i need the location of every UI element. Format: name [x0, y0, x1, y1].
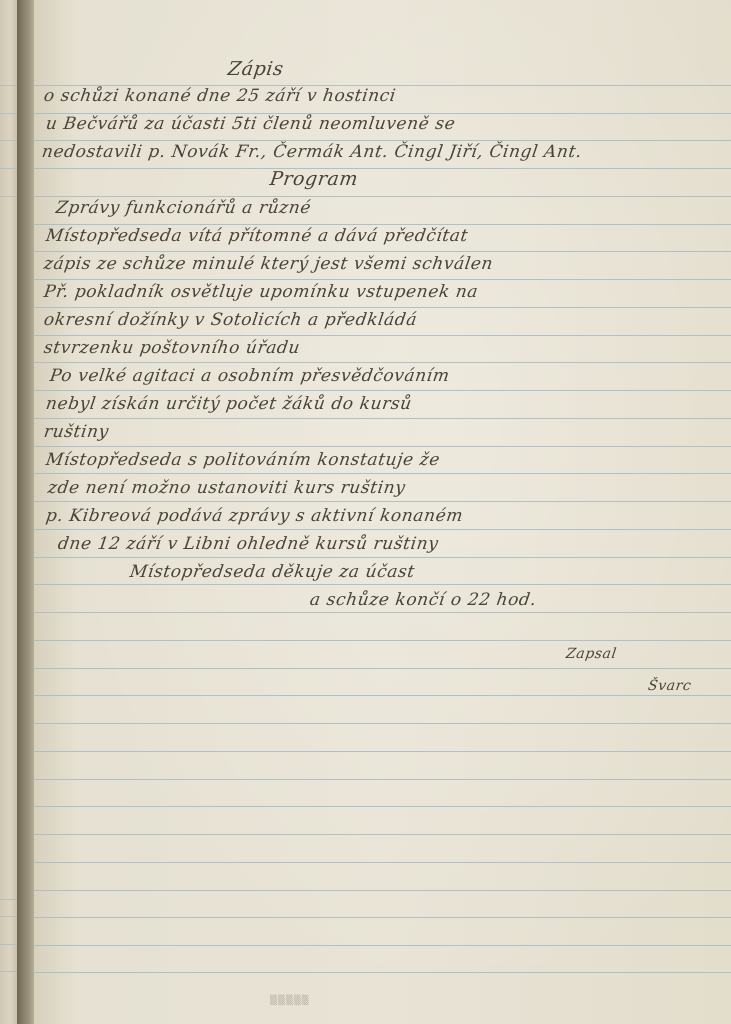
ruled-line: [34, 362, 731, 363]
binding-gutter: [17, 0, 34, 1024]
text-line: Místopředseda s politováním konstatuje ž…: [45, 450, 442, 470]
ruled-line: [34, 806, 731, 807]
ruled-line: [0, 196, 17, 197]
ruled-line: [34, 446, 731, 447]
ruled-line: [34, 140, 731, 141]
text-line: nebyl získán určitý počet žáků do kursů: [45, 394, 414, 414]
ruled-line: [34, 695, 731, 696]
text-line: dne 12 září v Libni ohledně kursů ruštin…: [57, 534, 440, 554]
document-scan: Zápis o schůzi konané dne 25 září v host…: [0, 0, 731, 1024]
ruled-line: [34, 196, 731, 197]
ruled-line: [34, 640, 731, 641]
text-line: u Bečvářů za účasti 5ti členů neomluveně…: [45, 114, 457, 134]
ruled-line: [0, 113, 17, 114]
ruled-line: [34, 917, 731, 918]
previous-page-edge: [0, 0, 17, 1024]
ruled-line: [34, 529, 731, 530]
ruled-line: [34, 557, 731, 558]
ruled-line: [34, 779, 731, 780]
ruled-line: [0, 971, 17, 972]
text-line: Př. pokladník osvětluje upomínku vstupen…: [43, 282, 480, 302]
ruled-line: [0, 85, 17, 86]
signature-label: Zapsal: [565, 646, 618, 662]
text-line: o schůzi konané dne 25 září v hostinci: [43, 86, 398, 106]
ruled-line: [0, 916, 17, 917]
faint-stamp: ▒▒▒▒▒: [270, 996, 310, 1006]
text-line: okresní dožínky v Sotolicích a předkládá: [43, 310, 419, 330]
ruled-line: [0, 944, 17, 945]
ruled-line: [34, 307, 731, 308]
ruled-line: [34, 224, 731, 225]
ruled-line: [34, 668, 731, 669]
text-line: stvrzenku poštovního úřadu: [43, 338, 302, 358]
text-line: p. Kibreová podává zprávy s aktivní kona…: [45, 506, 465, 526]
text-line: ruštiny: [43, 422, 111, 442]
ruled-line: [0, 140, 17, 141]
ruled-line: [34, 279, 731, 280]
ruled-line: [34, 501, 731, 502]
signature-name: Švarc: [647, 678, 693, 694]
ruled-line: [34, 972, 731, 973]
text-line: Po velké agitaci a osobním přesvědčování…: [49, 366, 451, 386]
document-title: Zápis: [226, 58, 285, 80]
text-line: Místopředseda děkuje za účast: [129, 562, 417, 582]
ruled-line: [0, 168, 17, 169]
text-line: zápis ze schůze minulé který jest všemi …: [43, 254, 495, 274]
ruled-line: [34, 390, 731, 391]
ruled-line: [34, 834, 731, 835]
ruled-line: [34, 862, 731, 863]
ruled-line: [34, 945, 731, 946]
ruled-line: [0, 899, 17, 900]
ruled-line: [34, 751, 731, 752]
section-heading: Program: [268, 168, 359, 190]
text-line: nedostavili p. Novák Fr., Čermák Ant. Či…: [41, 142, 584, 162]
text-line: zde není možno ustanoviti kurs ruštiny: [47, 478, 407, 498]
ruled-line: [34, 890, 731, 891]
ruled-line: [34, 335, 731, 336]
ruled-line: [34, 584, 731, 585]
ruled-line: [34, 723, 731, 724]
text-line: Místopředseda vítá přítomné a dává předč…: [45, 226, 470, 246]
ruled-line: [34, 418, 731, 419]
ruled-line: [34, 251, 731, 252]
ruled-line: [34, 473, 731, 474]
notebook-page: Zápis o schůzi konané dne 25 září v host…: [34, 0, 731, 1024]
text-line: a schůze končí o 22 hod.: [309, 590, 538, 610]
ruled-line: [34, 168, 731, 169]
text-line: Zprávy funkcionářů a různé: [55, 198, 313, 218]
ruled-line: [34, 612, 731, 613]
